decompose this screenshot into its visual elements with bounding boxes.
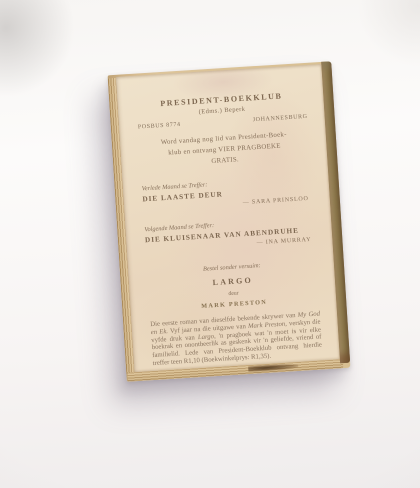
book: PRESIDENT-BOEKKLUB (Edms.) Beperk POSBUS… [108, 61, 351, 381]
club-city: JOHANNESBURG [253, 114, 308, 123]
club-join-appeal: Word vandag nog lid van President-Boek- … [139, 128, 311, 172]
featured-book-section: Bestel sonder versuim: LARGO deur MARK P… [147, 259, 319, 314]
blurb-italic-title-3: Largo, [198, 333, 216, 341]
next-month-section: Volgende Maand se Treffer: DIE KLUISENAA… [144, 216, 315, 254]
last-month-section: Verlede Maand se Treffer: DIE LAASTE DEU… [142, 175, 313, 213]
club-po-box: POSBUS 8774 [138, 122, 181, 131]
back-cover-jacket: PRESIDENT-BOEKKLUB (Edms.) Beperk POSBUS… [116, 64, 340, 372]
featured-blurb: Die eerste roman van dieselfde bekende s… [150, 310, 323, 367]
photo-background: PRESIDENT-BOEKKLUB (Edms.) Beperk POSBUS… [0, 0, 420, 488]
back-cover-content: PRESIDENT-BOEKKLUB (Edms.) Beperk POSBUS… [116, 64, 340, 372]
book-page-block: PRESIDENT-BOEKKLUB (Edms.) Beperk POSBUS… [108, 61, 351, 381]
